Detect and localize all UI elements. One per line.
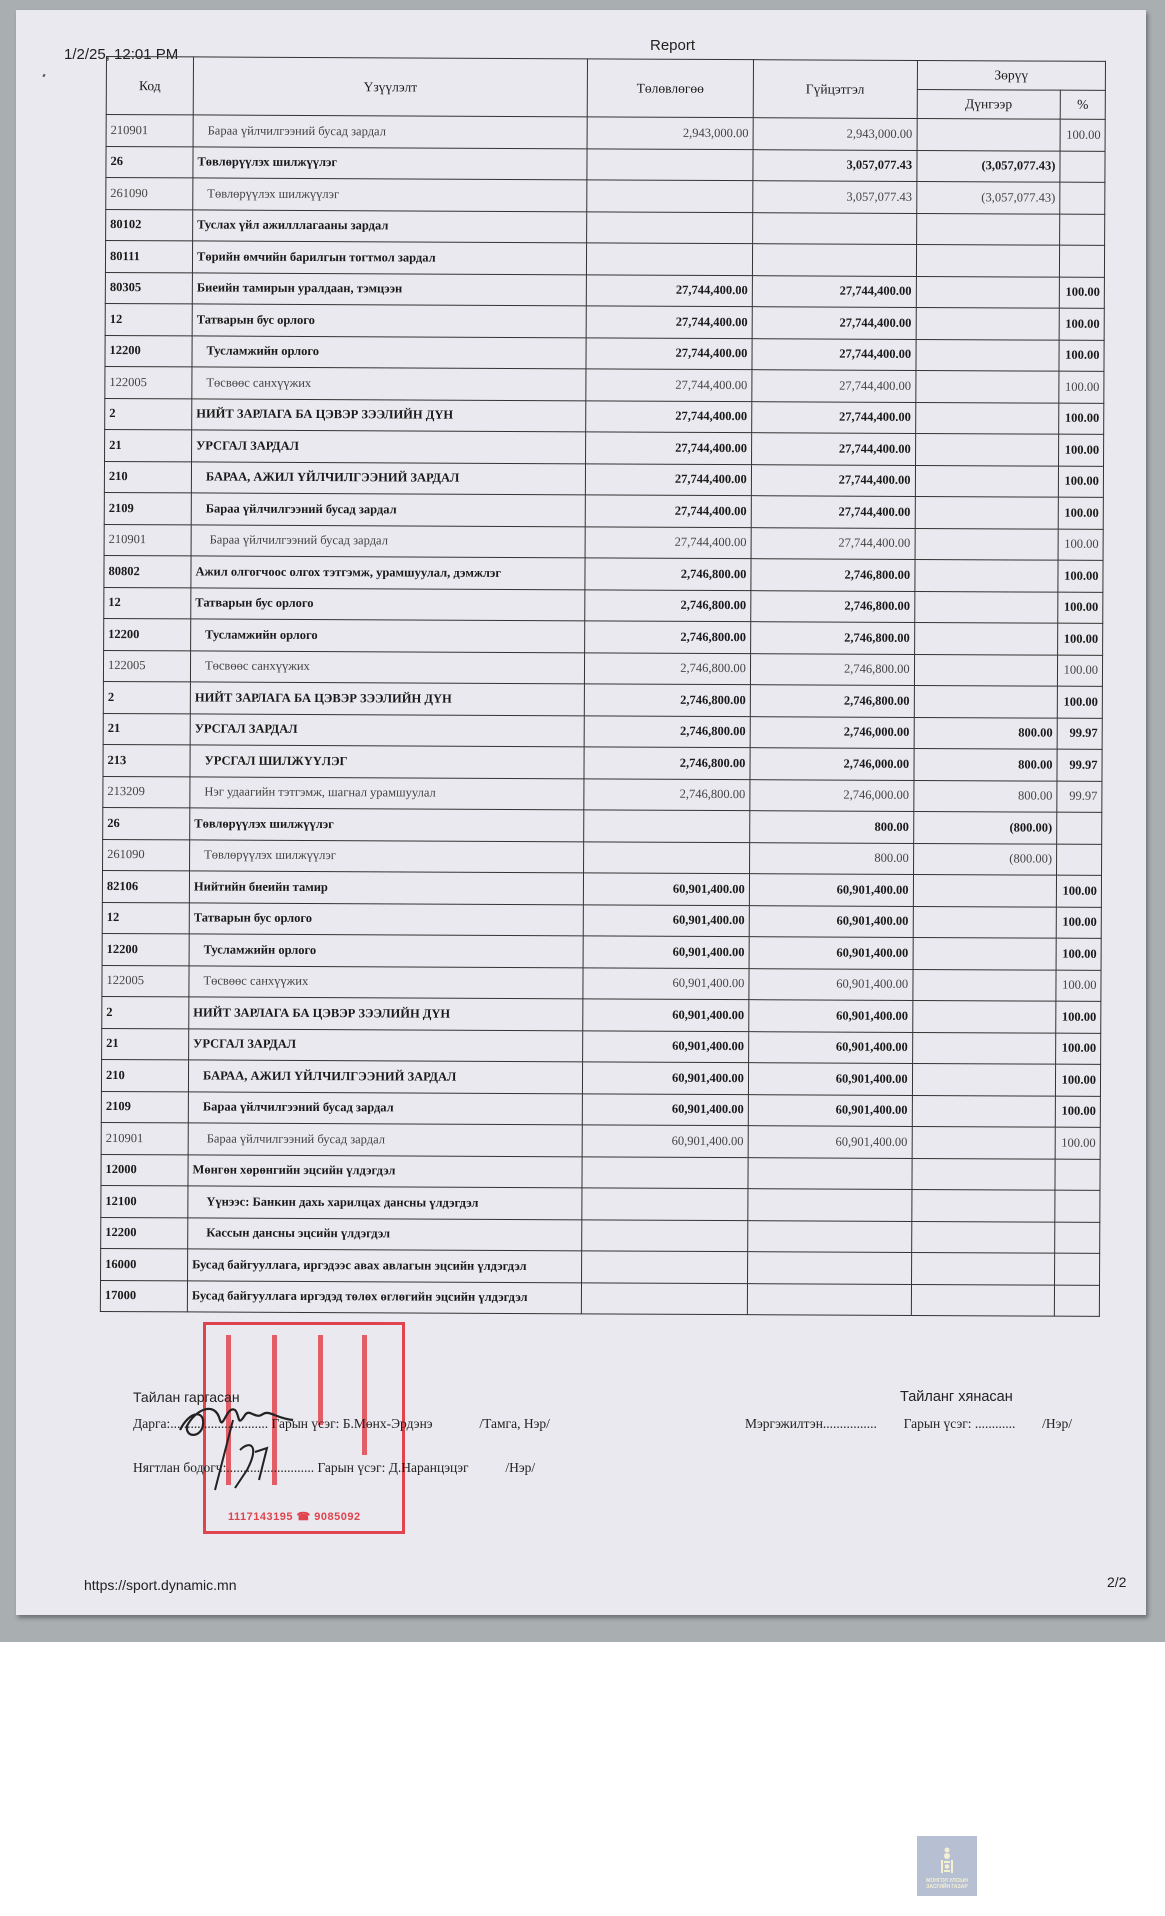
cell-plan: 27,744,400.00 (586, 337, 752, 369)
cell-name: Тусламжийн орлого (192, 335, 586, 368)
cell-plan: 27,744,400.00 (585, 463, 751, 495)
cell-code: 2109 (101, 1091, 188, 1123)
specialist-label: Мэргэжилтэн................ (745, 1416, 877, 1432)
cell-variance-amount (914, 591, 1057, 623)
cell-name: Төсвөөс санхүүжих (192, 367, 586, 400)
table-row: 80111Төрийн өмчийн барилгын тогтмол зард… (105, 241, 1104, 277)
cell-name: Бараа үйлчилгээний бусад зардал (191, 493, 585, 526)
cell-name: Биеийн тамирын уралдаан, тэмцээн (192, 272, 586, 305)
cell-actual: 2,746,000.00 (750, 779, 914, 811)
cell-plan (584, 841, 750, 873)
cell-variance-pct: 99.97 (1057, 781, 1102, 813)
cell-variance-pct: 100.00 (1056, 1033, 1101, 1065)
cell-actual: 60,901,400.00 (749, 905, 913, 937)
cell-actual: 27,744,400.00 (752, 275, 916, 307)
cell-variance-amount: 800.00 (913, 780, 1056, 812)
cell-variance-amount: (800.00) (913, 811, 1056, 843)
cell-plan: 27,744,400.00 (585, 526, 751, 558)
table-row: 16000Бусад байгууллага, иргэдээс авах ав… (101, 1248, 1100, 1284)
cell-name: Төвлөрүүлэх шилжүүлэг (190, 808, 584, 841)
table-row: 12200Тусламжийн орлого60,901,400.0060,90… (102, 933, 1101, 969)
cell-variance-amount (912, 1032, 1055, 1064)
cell-code: 16000 (101, 1248, 188, 1280)
table-row: 21УРСГАЛ ЗАРДАЛ2,746,800.002,746,000.008… (103, 713, 1102, 749)
cell-variance-pct: 100.00 (1059, 403, 1104, 435)
cell-variance-pct: 99.97 (1057, 718, 1102, 750)
table-row: 12Татварын бус орлого27,744,400.0027,744… (105, 303, 1104, 339)
col-header-variance-amount: Дүнгээр (917, 89, 1060, 119)
cell-name: Татварын бус орлого (189, 902, 583, 935)
cell-actual (747, 1252, 911, 1284)
handwritten-signature (175, 1390, 315, 1500)
table-row: 82106Нийтийн биеийн тамир60,901,400.0060… (102, 870, 1101, 906)
cell-variance-pct (1055, 1190, 1100, 1222)
cell-variance-amount (914, 654, 1057, 686)
cell-name: Тусламжийн орлого (189, 934, 583, 967)
cell-variance-pct: 100.00 (1057, 686, 1102, 718)
table-row: 2НИЙТ ЗАРЛАГА БА ЦЭВЭР ЗЭЭЛИЙН ДҮН60,901… (102, 996, 1101, 1032)
cell-code: 80102 (106, 209, 193, 241)
cell-plan: 60,901,400.00 (582, 1125, 748, 1157)
cell-actual: 27,744,400.00 (752, 370, 916, 402)
specialist-suffix: /Нэр/ (1042, 1416, 1072, 1432)
cell-name: Төсвөөс санхүүжих (189, 965, 583, 998)
cell-name: УРСГАЛ ШИЛЖҮҮЛЭГ (190, 745, 584, 778)
cell-code: 21 (103, 713, 190, 745)
cell-code: 210 (104, 461, 191, 493)
cell-variance-amount (915, 528, 1058, 560)
cell-code: 2 (103, 681, 190, 713)
col-header-variance: Зөрүү (917, 60, 1105, 90)
table-row: 12000Мөнгөн хөрөнгийн эцсийн үлдэгдэл (101, 1154, 1100, 1190)
cell-plan (582, 1251, 748, 1283)
table-row: 122005Төсвөөс санхүүжих2,746,800.002,746… (103, 650, 1102, 686)
cell-variance-pct: 99.97 (1057, 749, 1102, 781)
cell-variance-amount (916, 307, 1059, 339)
table-row: 12Татварын бус орлого60,901,400.0060,901… (102, 902, 1101, 938)
report-title: Report (650, 37, 695, 54)
cell-plan (584, 810, 750, 842)
cell-actual: 27,744,400.00 (751, 433, 915, 465)
logo-text: МОНГОЛ УЛСЫН ЗАСГИЙН ГАЗАР (926, 1878, 968, 1890)
cell-name: Төвлөрүүлэх шилжүүлэг (193, 178, 587, 211)
cell-plan: 60,901,400.00 (583, 936, 749, 968)
cell-plan: 2,746,800.00 (585, 652, 751, 684)
cell-variance-amount: 800.00 (914, 717, 1057, 749)
cell-actual: 60,901,400.00 (749, 874, 913, 906)
cell-name: Бараа үйлчилгээний бусад зардал (188, 1123, 582, 1156)
col-header-actual: Гүйцэтгэл (753, 60, 917, 119)
cell-plan (581, 1282, 747, 1314)
cell-actual: 2,746,800.00 (750, 653, 914, 685)
cell-variance-amount (911, 1221, 1054, 1253)
cell-name: НИЙТ ЗАРЛАГА БА ЦЭВЭР ЗЭЭЛИЙН ДҮН (190, 682, 584, 715)
table-row: 12200Тусламжийн орлого2,746,800.002,746,… (104, 618, 1103, 654)
cell-code: 26 (103, 807, 190, 839)
table-row: 2НИЙТ ЗАРЛАГА БА ЦЭВЭР ЗЭЭЛИЙН ДҮН2,746,… (103, 681, 1102, 717)
cell-plan (587, 243, 753, 275)
table-row: 2109Бараа үйлчилгээний бусад зардал27,74… (104, 492, 1103, 528)
cell-actual: 2,746,800.00 (750, 622, 914, 654)
cell-code: 261090 (106, 178, 193, 210)
cell-actual: 60,901,400.00 (749, 937, 913, 969)
table-row: 210БАРАА, АЖИЛ ҮЙЛЧИЛГЭЭНИЙ ЗАРДАЛ60,901… (101, 1059, 1100, 1095)
cell-plan: 2,746,800.00 (584, 747, 750, 779)
cell-variance-amount (912, 1000, 1055, 1032)
cell-name: Татварын бус орлого (192, 304, 586, 337)
col-header-name: Үзүүлэлт (193, 57, 587, 117)
cell-variance-pct (1057, 812, 1102, 844)
cell-code: 213209 (103, 776, 190, 808)
cell-plan: 2,746,800.00 (584, 778, 750, 810)
cell-code: 17000 (100, 1280, 187, 1312)
cell-actual: 27,744,400.00 (751, 464, 915, 496)
cell-variance-amount: (3,057,077.43) (916, 181, 1059, 213)
cell-name: БАРАА, АЖИЛ ҮЙЛЧИЛГЭЭНИЙ ЗАРДАЛ (191, 461, 585, 494)
col-header-code: Код (106, 57, 193, 115)
cell-code: 21 (102, 1028, 189, 1060)
cell-code: 12200 (101, 1217, 188, 1249)
cell-code: 26 (106, 146, 193, 178)
cell-variance-pct: 100.00 (1056, 907, 1101, 939)
report-table: Код Үзүүлэлт Төлөвлөгөө Гүйцэтгэл Зөрүү … (100, 56, 1106, 1317)
cell-plan: 27,744,400.00 (586, 432, 752, 464)
cell-code: 12 (105, 303, 192, 335)
cell-variance-pct: 100.00 (1058, 466, 1103, 498)
cell-actual (752, 212, 916, 244)
table-row: 2109Бараа үйлчилгээний бусад зардал60,90… (101, 1091, 1100, 1127)
cell-name: УРСГАЛ ЗАРДАЛ (189, 1028, 583, 1061)
cell-plan (587, 211, 753, 243)
cell-actual (747, 1283, 911, 1315)
cell-variance-pct: 100.00 (1056, 938, 1101, 970)
accountant-suffix: /Нэр/ (505, 1460, 535, 1476)
cell-plan: 60,901,400.00 (583, 904, 749, 936)
cell-actual: 2,746,000.00 (750, 716, 914, 748)
table-row: 26Төвлөрүүлэх шилжүүлэг800.00(800.00) (103, 807, 1102, 843)
cell-variance-pct: 100.00 (1058, 592, 1103, 624)
cell-variance-pct (1060, 214, 1105, 246)
cell-variance-amount: 800.00 (914, 748, 1057, 780)
cell-plan: 2,746,800.00 (585, 621, 751, 653)
cell-code: 12 (102, 902, 189, 934)
cell-plan (582, 1188, 748, 1220)
cell-variance-pct: 100.00 (1055, 1096, 1100, 1128)
cell-variance-amount (914, 685, 1057, 717)
cell-variance-amount (916, 213, 1059, 245)
cell-code: 2109 (104, 492, 191, 524)
cell-variance-pct: 100.00 (1060, 119, 1105, 151)
cell-variance-pct (1059, 245, 1104, 277)
cell-actual: 3,057,077.43 (753, 181, 917, 213)
cell-variance-amount (913, 906, 1056, 938)
reviewed-by-title: Тайланг хянасан (900, 1389, 1013, 1405)
cell-variance-pct: 100.00 (1055, 1127, 1100, 1159)
cell-name: УРСГАЛ ЗАРДАЛ (190, 713, 584, 746)
cell-code: 12200 (104, 618, 191, 650)
director-suffix: /Тамга, Нэр/ (479, 1416, 550, 1432)
cell-actual: 800.00 (749, 842, 913, 874)
cell-variance-amount (915, 370, 1058, 402)
cell-variance-pct (1056, 844, 1101, 876)
cell-variance-amount (916, 339, 1059, 371)
table-row: 261090Төвлөрүүлэх шилжүүлэг3,057,077.43(… (106, 178, 1105, 214)
table-row: 210901Бараа үйлчилгээний бусад зардал27,… (104, 524, 1103, 560)
table-header: Код Үзүүлэлт Төлөвлөгөө Гүйцэтгэл Зөрүү … (106, 57, 1105, 120)
cell-variance-pct: 100.00 (1057, 655, 1102, 687)
cell-actual (748, 1220, 912, 1252)
cell-code: 12200 (102, 933, 189, 965)
cell-name: Туслах үйл ажилллагааны зардал (193, 209, 587, 242)
cell-code: 210901 (104, 524, 191, 556)
cell-code: 21 (105, 429, 192, 461)
cell-variance-pct (1060, 151, 1105, 183)
cell-actual: 60,901,400.00 (748, 1126, 912, 1158)
cell-variance-amount (915, 433, 1058, 465)
cell-variance-amount (913, 969, 1056, 1001)
cell-actual: 2,746,800.00 (751, 559, 915, 591)
col-header-plan: Төлөвлөгөө (587, 59, 753, 118)
cell-code: 122005 (102, 965, 189, 997)
cell-actual: 27,744,400.00 (752, 307, 916, 339)
specialist-signature-line: Мэргэжилтэн................ Гарын үсэг: … (745, 1416, 1072, 1432)
cell-variance-amount (912, 1095, 1055, 1127)
cell-plan: 60,901,400.00 (583, 873, 749, 905)
table-row: 122005Төсвөөс санхүүжих27,744,400.0027,7… (105, 366, 1104, 402)
table-row: 122005Төсвөөс санхүүжих60,901,400.0060,9… (102, 965, 1101, 1001)
cell-name: Нийтийн биеийн тамир (189, 871, 583, 904)
cell-plan: 60,901,400.00 (582, 1093, 748, 1125)
stamp-script-column (318, 1335, 339, 1425)
cell-actual: 60,901,400.00 (748, 1094, 912, 1126)
cell-code: 80111 (105, 241, 192, 273)
table-row: 210901Бараа үйлчилгээний бусад зардал2,9… (106, 115, 1105, 151)
table-row: 213209Нэг удаагийн тэтгэмж, шагнал урамш… (103, 776, 1102, 812)
cell-variance-pct: 100.00 (1056, 875, 1101, 907)
cell-variance-amount (915, 559, 1058, 591)
soyombo-emblem-icon (941, 1846, 953, 1874)
table-row: 12100Үүнээс: Банкин дахь харилцах дансны… (101, 1185, 1100, 1221)
cell-actual (752, 244, 916, 276)
cell-variance-amount (911, 1189, 1054, 1221)
cell-variance-amount (912, 1063, 1055, 1095)
cell-code: 261090 (103, 839, 190, 871)
cell-code: 12200 (105, 335, 192, 367)
cell-variance-pct (1055, 1159, 1100, 1191)
cell-variance-pct (1054, 1285, 1099, 1317)
cell-actual: 27,744,400.00 (752, 338, 916, 370)
cell-plan: 27,744,400.00 (586, 369, 752, 401)
cell-actual: 3,057,077.43 (753, 149, 917, 181)
cell-name: НИЙТ ЗАРЛАГА БА ЦЭВЭР ЗЭЭЛИЙН ДҮН (189, 997, 583, 1030)
cell-code: 122005 (105, 366, 192, 398)
cell-actual: 60,901,400.00 (748, 1063, 912, 1095)
cell-actual: 2,943,000.00 (753, 118, 917, 150)
cell-name: Төвлөрүүлэх шилжүүлэг (190, 839, 584, 872)
cell-name: Тусламжийн орлого (191, 619, 585, 652)
cell-plan (587, 180, 753, 212)
cell-variance-pct: 100.00 (1058, 529, 1103, 561)
cell-variance-pct: 100.00 (1059, 308, 1104, 340)
specialist-sign: Гарын үсэг: ............ (904, 1416, 1016, 1432)
cell-variance-amount (917, 118, 1060, 150)
table-row: 17000Бусад байгууллага иргэдэд төлөх өгл… (100, 1280, 1099, 1316)
table-row: 12200Кассын дансны эцсийн үлдэгдэл (101, 1217, 1100, 1253)
cell-plan: 2,746,800.00 (584, 684, 750, 716)
cell-variance-pct: 100.00 (1058, 434, 1103, 466)
cell-variance-amount (911, 1284, 1054, 1316)
table-row: 26Төвлөрүүлэх шилжүүлэг3,057,077.43(3,05… (106, 146, 1105, 182)
cell-plan (582, 1156, 748, 1188)
table-row: 21УРСГАЛ ЗАРДАЛ27,744,400.0027,744,400.0… (105, 429, 1104, 465)
col-header-variance-pct: % (1060, 90, 1105, 119)
cell-name: Нэг удаагийн тэтгэмж, шагнал урамшуулал (190, 776, 584, 809)
cell-actual: 60,901,400.00 (749, 1000, 913, 1032)
cell-code: 80305 (105, 272, 192, 304)
cell-name: Бараа үйлчилгээний бусад зардал (193, 115, 587, 148)
cell-variance-amount (912, 1158, 1055, 1190)
cell-name: Төсвөөс санхүүжих (190, 650, 584, 683)
cell-code: 82106 (102, 870, 189, 902)
cell-actual (748, 1157, 912, 1189)
cell-name: Мөнгөн хөрөнгийн эцсийн үлдэгдэл (188, 1154, 582, 1187)
cell-variance-pct: 100.00 (1059, 340, 1104, 372)
cell-plan: 27,744,400.00 (585, 495, 751, 527)
cell-plan: 2,746,800.00 (584, 715, 750, 747)
table-row: 80305Биеийн тамирын уралдаан, тэмцээн27,… (105, 272, 1104, 308)
cell-plan: 2,943,000.00 (587, 117, 753, 149)
cell-plan: 2,746,800.00 (585, 589, 751, 621)
cell-variance-amount (915, 496, 1058, 528)
cell-actual: 2,746,800.00 (751, 590, 915, 622)
cell-variance-amount (912, 1126, 1055, 1158)
cell-plan: 60,901,400.00 (583, 967, 749, 999)
cell-name: Татварын бус орлого (191, 587, 585, 620)
cell-plan: 27,744,400.00 (586, 274, 752, 306)
cell-plan: 60,901,400.00 (582, 1062, 748, 1094)
cell-variance-pct: 100.00 (1055, 1064, 1100, 1096)
cell-plan (582, 1219, 748, 1251)
cell-variance-pct: 100.00 (1056, 1001, 1101, 1033)
cell-variance-pct: 100.00 (1058, 560, 1103, 592)
cell-name: Ажил олгогчоос олгох тэтгэмж, урамшуулал… (191, 556, 585, 589)
cell-code: 12000 (101, 1154, 188, 1186)
cell-plan: 27,744,400.00 (586, 400, 752, 432)
cell-variance-amount (915, 402, 1058, 434)
stamp-number: 1117143195 ☎ 9085092 (228, 1510, 361, 1523)
cell-code: 2 (105, 398, 192, 430)
cell-code: 12100 (101, 1185, 188, 1217)
cell-variance-amount (914, 622, 1057, 654)
table-row: 80102Туслах үйл ажилллагааны зардал (106, 209, 1105, 245)
stamp-script-column (362, 1335, 383, 1455)
table-body: 210901Бараа үйлчилгээний бусад зардал2,9… (100, 115, 1105, 1317)
cell-plan: 60,901,400.00 (583, 1030, 749, 1062)
table-row: 210901Бараа үйлчилгээний бусад зардал60,… (101, 1122, 1100, 1158)
cell-code: 210 (101, 1059, 188, 1091)
cell-variance-pct: 100.00 (1058, 623, 1103, 655)
cell-name: УРСГАЛ ЗАРДАЛ (192, 430, 586, 463)
cell-plan: 60,901,400.00 (583, 999, 749, 1031)
table-row: 12200Тусламжийн орлого27,744,400.0027,74… (105, 335, 1104, 371)
cell-actual (748, 1189, 912, 1221)
cell-name: Бараа үйлчилгээний бусад зардал (188, 1091, 582, 1124)
table-row: 261090Төвлөрүүлэх шилжүүлэг800.00(800.00… (103, 839, 1102, 875)
cell-variance-amount: (800.00) (913, 843, 1056, 875)
cell-actual: 2,746,800.00 (750, 685, 914, 717)
cell-actual: 60,901,400.00 (748, 1031, 912, 1063)
cell-variance-pct: 100.00 (1059, 371, 1104, 403)
footer-url: https://sport.dynamic.mn (84, 1577, 237, 1593)
table-row: 2НИЙТ ЗАРЛАГА БА ЦЭВЭР ЗЭЭЛИЙН ДҮН27,744… (105, 398, 1104, 434)
cell-variance-pct (1060, 182, 1105, 214)
cell-plan: 2,746,800.00 (585, 558, 751, 590)
table-row: 80802Ажил олгогчоос олгох тэтгэмж, урамш… (104, 555, 1103, 591)
cell-actual: 2,746,000.00 (750, 748, 914, 780)
cell-variance-amount (911, 1252, 1054, 1284)
cell-variance-amount (913, 874, 1056, 906)
cell-actual: 800.00 (750, 811, 914, 843)
cell-code: 80802 (104, 555, 191, 587)
cell-name: Бусад байгууллага, иргэдээс авах авлагын… (188, 1249, 582, 1282)
table-row: 213УРСГАЛ ШИЛЖҮҮЛЭГ2,746,800.002,746,000… (103, 744, 1102, 780)
cell-variance-amount (916, 244, 1059, 276)
government-logo: МОНГОЛ УЛСЫН ЗАСГИЙН ГАЗАР (917, 1836, 977, 1896)
cell-variance-pct: 100.00 (1056, 970, 1101, 1002)
page-number: 2/2 (1107, 1574, 1126, 1590)
cell-code: 12 (104, 587, 191, 619)
cell-variance-amount (915, 465, 1058, 497)
cell-name: НИЙТ ЗАРЛАГА БА ЦЭВЭР ЗЭЭЛИЙН ДҮН (192, 398, 586, 431)
cell-code: 2 (102, 996, 189, 1028)
cell-name: Төрийн өмчийн барилгын тогтмол зардал (192, 241, 586, 274)
cell-actual: 27,744,400.00 (752, 401, 916, 433)
cell-variance-pct: 100.00 (1058, 497, 1103, 529)
cell-name: Бусад байгууллага иргэдэд төлөх өглөгийн… (187, 1280, 581, 1313)
cell-actual: 60,901,400.00 (749, 968, 913, 1000)
cell-name: Кассын дансны эцсийн үлдэгдэл (188, 1217, 582, 1250)
table-row: 21УРСГАЛ ЗАРДАЛ60,901,400.0060,901,400.0… (102, 1028, 1101, 1064)
cell-actual: 27,744,400.00 (751, 496, 915, 528)
cell-name: Төвлөрүүлэх шилжүүлэг (193, 146, 587, 179)
accountant-sign: Гарын үсэг: Д.Наранцэцэг (317, 1460, 468, 1476)
cell-variance-pct (1054, 1253, 1099, 1285)
cell-plan (587, 148, 753, 180)
cell-code: 210901 (101, 1122, 188, 1154)
cell-variance-amount (913, 937, 1056, 969)
cell-code: 210901 (106, 115, 193, 147)
cell-variance-pct: 100.00 (1059, 277, 1104, 309)
cell-plan: 27,744,400.00 (586, 306, 752, 338)
cell-variance-pct (1055, 1222, 1100, 1254)
cell-variance-amount (916, 276, 1059, 308)
table-row: 12Татварын бус орлого2,746,800.002,746,8… (104, 587, 1103, 623)
cell-name: Бараа үйлчилгээний бусад зардал (191, 524, 585, 557)
table-row: 210БАРАА, АЖИЛ ҮЙЛЧИЛГЭЭНИЙ ЗАРДАЛ27,744… (104, 461, 1103, 497)
cell-code: 122005 (103, 650, 190, 682)
cell-code: 213 (103, 744, 190, 776)
cell-actual: 27,744,400.00 (751, 527, 915, 559)
cell-name: БАРАА, АЖИЛ ҮЙЛЧИЛГЭЭНИЙ ЗАРДАЛ (188, 1060, 582, 1093)
cell-name: Үүнээс: Банкин дахь харилцах дансны үлдэ… (188, 1186, 582, 1219)
cell-variance-amount: (3,057,077.43) (917, 150, 1060, 182)
